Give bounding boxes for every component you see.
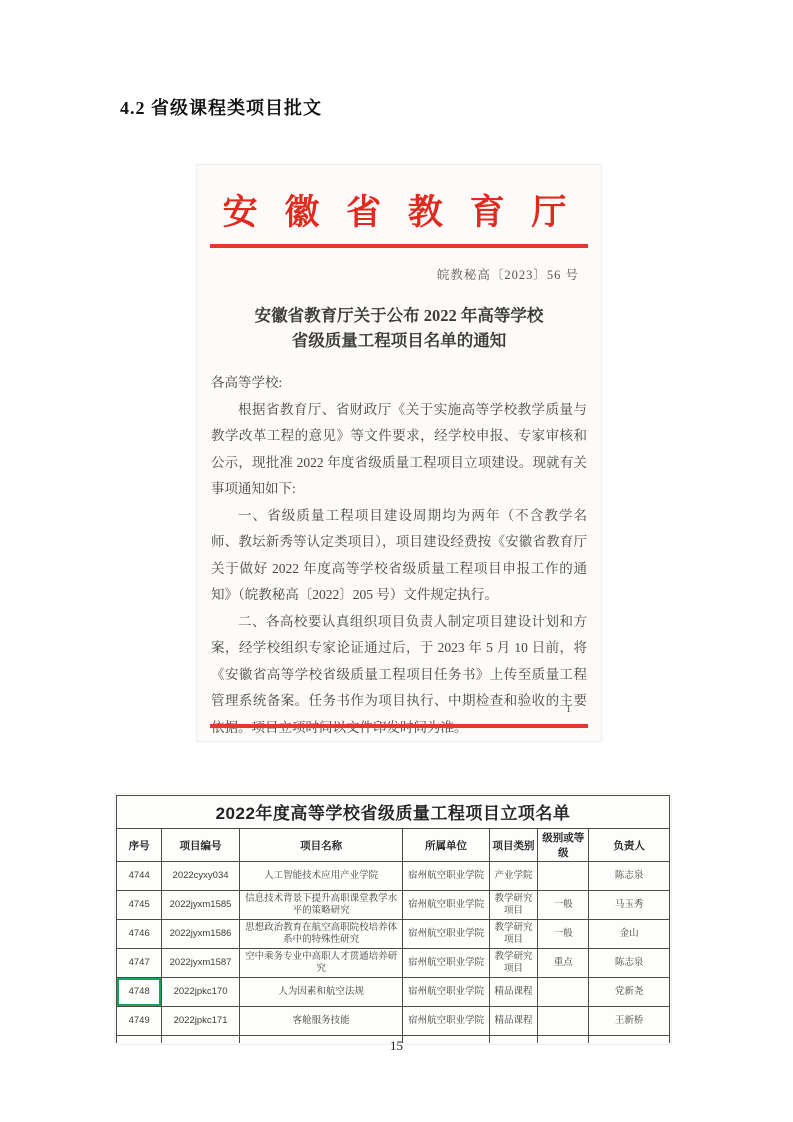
letter-scan-image: 安 徽 省 教 育 厅 皖教秘高〔2023〕56 号 安徽省教育厅关于公布 20… [196,164,602,742]
table-header-row: 序号项目编号项目名称所属单位项目类别级别或等级负责人 [117,829,670,862]
table-cell: 空中乘务专业中高职人才贯通培养研究 [239,949,403,978]
table-cell: 思想政治教育在航空高职院校培养体系中的特殊性研究 [239,920,403,949]
project-table: 2022年度高等学校省级质量工程项目立项名单 序号项目编号项目名称所属单位项目类… [116,795,670,1043]
letter-title-line2: 省级质量工程项目名单的通知 [197,328,601,353]
letterhead-rule [210,244,588,248]
table-cell: 宿州航空职业学院 [403,949,489,978]
letterhead-agency-name: 安 徽 省 教 育 厅 [197,185,601,235]
table-row: 47472022jyxm1587空中乘务专业中高职人才贯通培养研究宿州航空职业学… [117,949,670,978]
table-cell: 2022jyxm1587 [162,949,239,978]
letter-paragraphs: 根据省教育厅、省财政厅《关于实施高等学校教学质量与教学改革工程的意见》等文件要求… [211,397,587,742]
table-cell: 4747 [117,949,162,978]
table-cell: 一般 [538,920,589,949]
table-cell: 陈志泉 [589,949,670,978]
table-cell: 人为因素和航空法规 [239,978,403,1007]
table-cell: 宿州航空职业学院 [403,891,489,920]
table-cell: 教学研究项目 [489,920,538,949]
table-cell: 2022jyxm1585 [162,891,239,920]
table-header-cell: 所属单位 [403,829,489,862]
table-cell: 信息技术背景下提升高职课堂教学水平的策略研究 [239,891,403,920]
table-row: 47442022cyxy034人工智能技术应用产业学院宿州航空职业学院产业学院陈… [117,862,670,891]
table-cell: 教学研究项目 [489,891,538,920]
table-cell: 4748 [117,978,162,1007]
table-header-cell: 项目编号 [162,829,239,862]
table-cell: 陈志泉 [589,862,670,891]
table-cell: 马玉秀 [589,891,670,920]
letter-salutation: 各高等学校: [211,370,587,397]
letter-paragraph: 一、省级质量工程项目建设周期均为两年（不含教学名师、教坛新秀等认定类项目），项目… [211,503,587,609]
document-number: 皖教秘高〔2023〕56 号 [197,265,601,283]
table-cell: 教学研究项目 [489,949,538,978]
letter-paragraph: 二、各高校要认真组织项目负责人制定项目建设计划和方案，经学校组织专家论证通过后，… [211,609,587,742]
table-cell: 4746 [117,920,162,949]
table-title-row: 2022年度高等学校省级质量工程项目立项名单 [117,796,670,829]
table-row: 47492022jpkc171客舱服务技能宿州航空职业学院精品课程王新桥 [117,1007,670,1036]
table-cell: 人工智能技术应用产业学院 [239,862,403,891]
table-cell: 精品课程 [489,978,538,1007]
table-header-cell: 项目类别 [489,829,538,862]
table-cell [538,862,589,891]
table-cell: 重点 [538,949,589,978]
table-cell: 党新尧 [589,978,670,1007]
letter-scan-page-number: 1 [566,704,571,715]
table-cell: 精品课程 [489,1007,538,1036]
table-row: 47462022jyxm1586思想政治教育在航空高职院校培养体系中的特殊性研究… [117,920,670,949]
table-cell: 宿州航空职业学院 [403,978,489,1007]
section-heading: 4.2 省级课程类项目批文 [120,94,322,120]
table-header-cell: 负责人 [589,829,670,862]
table-row: 47452022jyxm1585信息技术背景下提升高职课堂教学水平的策略研究宿州… [117,891,670,920]
letter-paragraph: 根据省教育厅、省财政厅《关于实施高等学校教学质量与教学改革工程的意见》等文件要求… [211,397,587,503]
table-cell: 2022jpkc170 [162,978,239,1007]
table-cell: 金山 [589,920,670,949]
table-title: 2022年度高等学校省级质量工程项目立项名单 [117,796,670,829]
table-cell: 王新桥 [589,1007,670,1036]
table-cell: 4745 [117,891,162,920]
table-cell: 2022jyxm1586 [162,920,239,949]
table-cell: 宿州航空职业学院 [403,862,489,891]
table-row: 47482022jpkc170人为因素和航空法规宿州航空职业学院精品课程党新尧 [117,978,670,1007]
table-cell: 4749 [117,1007,162,1036]
table-cell: 2022jpkc171 [162,1007,239,1036]
project-table-scan-image: 2022年度高等学校省级质量工程项目立项名单 序号项目编号项目名称所属单位项目类… [114,793,672,1045]
table-header-cell: 项目名称 [239,829,403,862]
table-cell: 宿州航空职业学院 [403,1007,489,1036]
letter-body: 各高等学校: 根据省教育厅、省财政厅《关于实施高等学校教学质量与教学改革工程的意… [211,370,587,741]
table-cell: 2022cyxy034 [162,862,239,891]
table-cell: 客舱服务技能 [239,1007,403,1036]
table-cell: 4744 [117,862,162,891]
table-cell [538,978,589,1007]
table-cell: 一般 [538,891,589,920]
letter-title-line1: 安徽省教育厅关于公布 2022 年高等学校 [197,303,601,328]
table-body: 47442022cyxy034人工智能技术应用产业学院宿州航空职业学院产业学院陈… [117,862,670,1043]
letter-title: 安徽省教育厅关于公布 2022 年高等学校 省级质量工程项目名单的通知 [197,303,601,353]
table-header-cell: 级别或等级 [538,829,589,862]
table-cell: 宿州航空职业学院 [403,920,489,949]
letter-footer-rule [210,724,588,728]
page-number: 15 [0,1038,793,1054]
table-cell: 产业学院 [489,862,538,891]
table-header-cell: 序号 [117,829,162,862]
table-cell [538,1007,589,1036]
